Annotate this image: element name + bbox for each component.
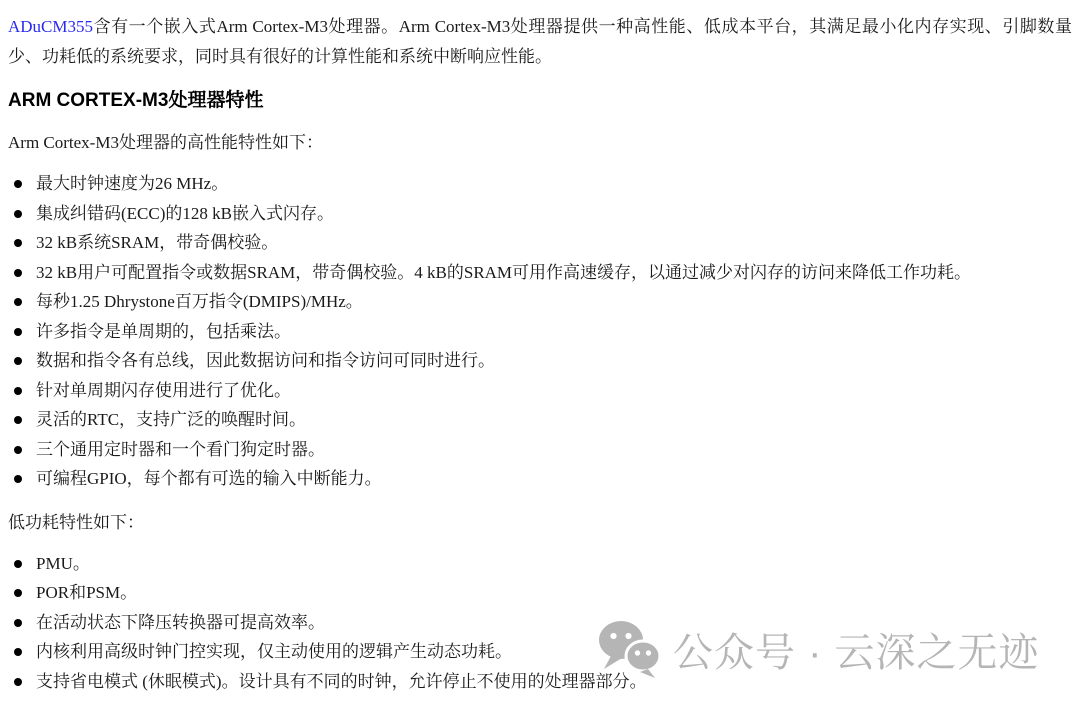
aducm355-link[interactable]: ADuCM355 — [8, 17, 93, 36]
list-item: 32 kB用户可配置指令或数据SRAM，带奇偶校验。4 kB的SRAM可用作高速… — [8, 258, 1072, 288]
list-item-text: 针对单周期闪存使用进行了优化。 — [36, 381, 291, 400]
list-item: 内核利用高级时钟门控实现，仅主动使用的逻辑产生动态功耗。 — [8, 637, 1072, 667]
bullet-icon — [14, 357, 22, 365]
bullet-icon — [14, 180, 22, 188]
list-item: POR和PSM。 — [8, 578, 1072, 608]
bullet-icon — [14, 475, 22, 483]
list-item-text: 每秒1.25 Dhrystone百万指令(DMIPS)/MHz。 — [36, 292, 363, 311]
list-item-text: 支持省电模式 (休眠模式)。设计具有不同的时钟，允许停止不使用的处理器部分。 — [36, 672, 647, 691]
list-item: 数据和指令各有总线，因此数据访问和指令访问可同时进行。 — [8, 346, 1072, 376]
bullet-icon — [14, 298, 22, 306]
list-item-text: 最大时钟速度为26 MHz。 — [36, 174, 228, 193]
intro-paragraph: ADuCM355含有一个嵌入式Arm Cortex-M3处理器。Arm Cort… — [8, 12, 1072, 72]
list-item: 灵活的RTC，支持广泛的唤醒时间。 — [8, 405, 1072, 435]
list-item: 集成纠错码(ECC)的128 kB嵌入式闪存。 — [8, 199, 1072, 229]
list-item-text: 32 kB用户可配置指令或数据SRAM，带奇偶校验。4 kB的SRAM可用作高速… — [36, 263, 971, 282]
bullet-icon — [14, 560, 22, 568]
performance-feature-list: 最大时钟速度为26 MHz。 集成纠错码(ECC)的128 kB嵌入式闪存。 3… — [8, 169, 1072, 494]
list-item: 最大时钟速度为26 MHz。 — [8, 169, 1072, 199]
list-item-text: 32 kB系统SRAM，带奇偶校验。 — [36, 233, 278, 252]
list-item-text: 三个通用定时器和一个看门狗定时器。 — [36, 440, 325, 459]
section-heading: ARM CORTEX-M3处理器特性 — [8, 89, 1072, 113]
list-item: 每秒1.25 Dhrystone百万指令(DMIPS)/MHz。 — [8, 287, 1072, 317]
bullet-icon — [14, 269, 22, 277]
bullet-icon — [14, 678, 22, 686]
bullet-icon — [14, 387, 22, 395]
list-item: 针对单周期闪存使用进行了优化。 — [8, 376, 1072, 406]
list-item-text: 集成纠错码(ECC)的128 kB嵌入式闪存。 — [36, 204, 334, 223]
bullet-icon — [14, 619, 22, 627]
performance-intro: Arm Cortex-M3处理器的高性能特性如下： — [8, 129, 1072, 157]
list-item-text: 可编程GPIO，每个都有可选的输入中断能力。 — [36, 469, 382, 488]
bullet-icon — [14, 239, 22, 247]
list-item-text: POR和PSM。 — [36, 583, 137, 602]
list-item: 许多指令是单周期的，包括乘法。 — [8, 317, 1072, 347]
low-power-feature-list: PMU。 POR和PSM。 在活动状态下降压转换器可提高效率。 内核利用高级时钟… — [8, 549, 1072, 697]
list-item: 三个通用定时器和一个看门狗定时器。 — [8, 435, 1072, 465]
document-body: ADuCM355含有一个嵌入式Arm Cortex-M3处理器。Arm Cort… — [0, 0, 1080, 696]
intro-paragraph-text: 含有一个嵌入式Arm Cortex-M3处理器。Arm Cortex-M3处理器… — [8, 17, 1072, 66]
low-power-intro: 低功耗特性如下： — [8, 509, 1072, 537]
list-item-text: 在活动状态下降压转换器可提高效率。 — [36, 613, 325, 632]
bullet-icon — [14, 446, 22, 454]
list-item: 可编程GPIO，每个都有可选的输入中断能力。 — [8, 464, 1072, 494]
list-item-text: 灵活的RTC，支持广泛的唤醒时间。 — [36, 410, 306, 429]
list-item-text: PMU。 — [36, 554, 90, 573]
list-item-text: 许多指令是单周期的，包括乘法。 — [36, 322, 291, 341]
list-item: 在活动状态下降压转换器可提高效率。 — [8, 608, 1072, 638]
bullet-icon — [14, 589, 22, 597]
list-item: PMU。 — [8, 549, 1072, 579]
bullet-icon — [14, 328, 22, 336]
bullet-icon — [14, 648, 22, 656]
list-item: 32 kB系统SRAM，带奇偶校验。 — [8, 228, 1072, 258]
list-item: 支持省电模式 (休眠模式)。设计具有不同的时钟，允许停止不使用的处理器部分。 — [8, 667, 1072, 697]
list-item-text: 内核利用高级时钟门控实现，仅主动使用的逻辑产生动态功耗。 — [36, 642, 512, 661]
list-item-text: 数据和指令各有总线，因此数据访问和指令访问可同时进行。 — [36, 351, 495, 370]
bullet-icon — [14, 210, 22, 218]
bullet-icon — [14, 416, 22, 424]
